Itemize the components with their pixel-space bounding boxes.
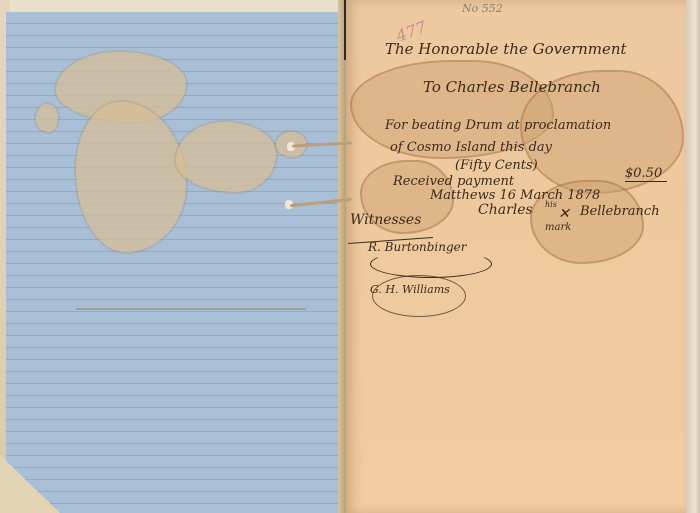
document-scan: No 552 477 The Honorable the Government …: [0, 0, 700, 513]
receipt-amount: $0.50: [625, 166, 662, 181]
witnesses-label: Witnesses: [350, 212, 421, 228]
receipt-line-payee: To Charles Bellebranch: [423, 78, 601, 96]
water-stain: [176, 122, 276, 192]
signature-last-name: Bellebranch: [580, 204, 660, 219]
page-edge-right: [686, 0, 700, 513]
amount-underline: [625, 181, 667, 182]
signature-flourish: [370, 250, 492, 278]
receipt-line-received: Received payment: [393, 174, 514, 189]
water-stain: [76, 102, 186, 252]
blue-ruled-page: [6, 12, 344, 513]
receipt-line-payer: The Honorable the Government: [385, 40, 627, 58]
reference-number: No 552: [462, 2, 503, 15]
receipt-line-date: Matthews 16 March 1878: [430, 188, 600, 203]
signature-first-name: Charles: [478, 202, 533, 218]
signature-mark-label: mark: [545, 222, 571, 233]
receipt-line-amount-words: (Fifty Cents): [455, 158, 538, 173]
signature-flourish: [372, 275, 466, 317]
signature-x-mark: ✕: [558, 206, 570, 222]
fold-crease: [76, 308, 306, 310]
water-stain: [36, 104, 58, 132]
signature-his: his: [545, 200, 557, 209]
receipt-line-service: For beating Drum at proclamation: [385, 118, 611, 133]
receipt-line-location: of Cosmo Island this day: [390, 140, 552, 155]
